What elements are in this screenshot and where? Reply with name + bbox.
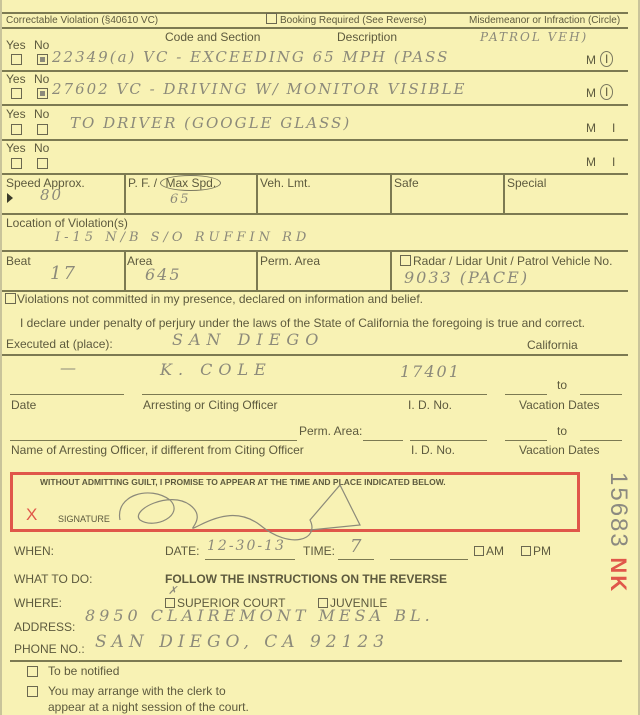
booking-required-label: Booking Required (See Reverse) [280,15,427,26]
no-checkbox[interactable] [37,54,48,65]
area-value[interactable]: 645 [145,265,182,284]
no-label: No [34,38,49,52]
location-value[interactable]: I-15 N/B S/O RUFFIN RD [55,230,310,245]
yes-label: Yes [6,107,26,121]
phone-label: PHONE NO.: [14,642,85,656]
address-label: ADDRESS: [14,620,75,634]
divider [124,250,126,290]
violation-text: 22349(a) VC - EXCEEDING 65 MPH (PASS [52,48,449,66]
yes-checkbox[interactable] [11,124,22,135]
executed-at-value[interactable]: SAN DIEGO [172,330,324,349]
divider [2,354,628,356]
phone-value[interactable]: SAN DIEGO, CA 92123 [95,632,389,652]
officer-value[interactable]: K. COLE [160,360,272,379]
perjury-statement: I declare under penalty of perjury under… [20,316,585,330]
arrow-marker-icon [7,193,13,203]
beat-label: Beat [6,254,31,268]
infraction-option-circled[interactable]: I [600,84,613,100]
speed-approx-value[interactable]: 80 [40,186,63,204]
no-label: No [34,141,49,155]
code-section-header: Code and Section [165,30,260,44]
citation-number: 15683 NK [604,472,632,593]
veh-lmt-label: Veh. Lmt. [260,176,311,190]
citation-number-digits: 15683 [605,472,632,549]
time-minute-line [390,559,468,560]
max-spd-circled-label: Max Spd. [160,175,221,191]
vacation-label: Vacation Dates [519,398,600,412]
radar-value[interactable]: 9033 (PACE) [404,268,529,287]
night-session-label-line1: You may arrange with the clerk to [48,684,226,698]
yes-label: Yes [6,72,26,86]
divider [2,139,628,141]
divider [2,250,628,252]
no-label: No [34,72,49,86]
arresting-name-label: Name of Arresting Officer, if different … [11,443,304,457]
pf-label: P. F. / [128,176,157,190]
yes-checkbox[interactable] [11,54,22,65]
misdemeanor-infraction-label: Misdemeanor or Infraction (Circle) [469,15,620,26]
not-in-presence-label: Violations not committed in my presence,… [17,292,423,306]
citation-number-suffix: NK [606,557,631,593]
divider [256,250,258,290]
correctable-violation-label: Correctable Violation (§40610 VC) [6,15,158,26]
pm-checkbox[interactable] [521,546,531,556]
date-line [205,559,295,560]
divider [390,250,392,290]
yes-label: Yes [6,38,26,52]
night-session-label-line2: appear at a night session of the court. [48,700,249,714]
violation-text: TO DRIVER (GOOGLE GLASS) [70,114,351,132]
divider [2,213,628,215]
beat-value[interactable]: 17 [50,263,77,284]
when-label: WHEN: [14,544,54,558]
divider [2,27,628,29]
pm-option[interactable]: PM [521,544,551,558]
yes-checkbox[interactable] [11,158,22,169]
vacation-to-line [580,394,622,395]
date-line [10,394,124,395]
radar-label: Radar / Lidar Unit / Patrol Vehicle No. [413,254,612,268]
no-checkbox[interactable] [37,88,48,99]
yes-label: Yes [6,141,26,155]
pf-max-spd-value[interactable]: 65 [170,192,191,207]
to-be-notified-checkbox[interactable] [27,666,38,677]
misdemeanor-option[interactable]: M [586,53,596,67]
to-label: to [557,424,567,438]
what-label: WHAT TO DO: [14,572,92,586]
misdemeanor-option[interactable]: M [586,121,596,135]
infraction-option-circled[interactable]: I [600,51,613,67]
special-label: Special [507,176,546,190]
divider [10,660,622,662]
divider [256,173,258,213]
perm-area-label: Perm. Area: [299,424,362,438]
officer-label: Arresting or Citing Officer [143,398,278,412]
no-label: No [34,107,49,121]
id-value[interactable]: 17401 [400,362,461,381]
address-value[interactable]: 8950 CLAIREMONT MESA BL. [85,606,434,625]
perm-area-label: Perm. Area [260,254,320,268]
to-label: to [557,378,567,392]
infraction-option[interactable]: I [612,121,615,135]
description-header: Description [337,30,397,44]
id-label: I. D. No. [411,443,455,457]
divider [2,70,628,72]
vacation-from-line [505,440,547,441]
night-session-checkbox[interactable] [27,686,38,697]
date-value[interactable]: — [60,358,78,377]
officer-line [142,394,487,395]
time-label: TIME: [303,544,335,558]
divider [2,104,628,106]
no-checkbox[interactable] [37,158,48,169]
not-in-presence-checkbox[interactable] [5,293,16,304]
vacation-from-line [505,394,547,395]
radar-checkbox[interactable] [400,255,411,266]
perm-area-line [363,440,403,441]
id-label: I. D. No. [408,398,452,412]
court-date-value[interactable]: 12-30-13 [207,538,286,554]
where-label: WHERE: [14,596,62,610]
violation-annotation: PATROL VEH) [480,30,588,44]
am-checkbox[interactable] [474,546,484,556]
vacation-to-line [580,440,622,441]
no-checkbox[interactable] [37,124,48,135]
infraction-option[interactable]: I [612,155,615,169]
arresting-id-line [410,440,487,441]
arresting-name-line [10,440,297,441]
pf-max-spd-label: P. F. / Max Spd. [128,176,221,190]
misdemeanor-option[interactable]: M [586,155,596,169]
date-label: Date [11,398,36,412]
pm-label: PM [533,544,551,558]
time-hour-line [338,559,374,560]
x-mark: X [26,505,37,525]
date-label: DATE: [165,544,199,558]
divider [124,173,126,213]
executed-at-label: Executed at (place): [6,337,113,351]
divider [2,12,628,14]
am-label: AM [486,544,504,558]
violation-text: 27602 VC - DRIVING W/ MONITOR VISIBLE [52,80,466,98]
court-time-value[interactable]: 7 [350,536,363,557]
paper-edge-left [0,0,2,715]
what-value: FOLLOW THE INSTRUCTIONS ON THE REVERSE [165,572,447,586]
divider [2,173,628,175]
signature-label: SIGNATURE [58,514,110,524]
superior-court-check-mark: ✗ [168,584,179,597]
booking-required-checkbox[interactable] [266,13,277,24]
safe-label: Safe [394,176,419,190]
misdemeanor-option[interactable]: M [586,86,596,100]
state-label: California [527,338,578,352]
location-label: Location of Violation(s) [6,216,128,230]
vacation-label: Vacation Dates [519,443,600,457]
divider [390,173,392,213]
yes-checkbox[interactable] [11,88,22,99]
divider [503,173,505,213]
am-option[interactable]: AM [474,544,504,558]
to-be-notified-label: To be notified [48,664,119,678]
